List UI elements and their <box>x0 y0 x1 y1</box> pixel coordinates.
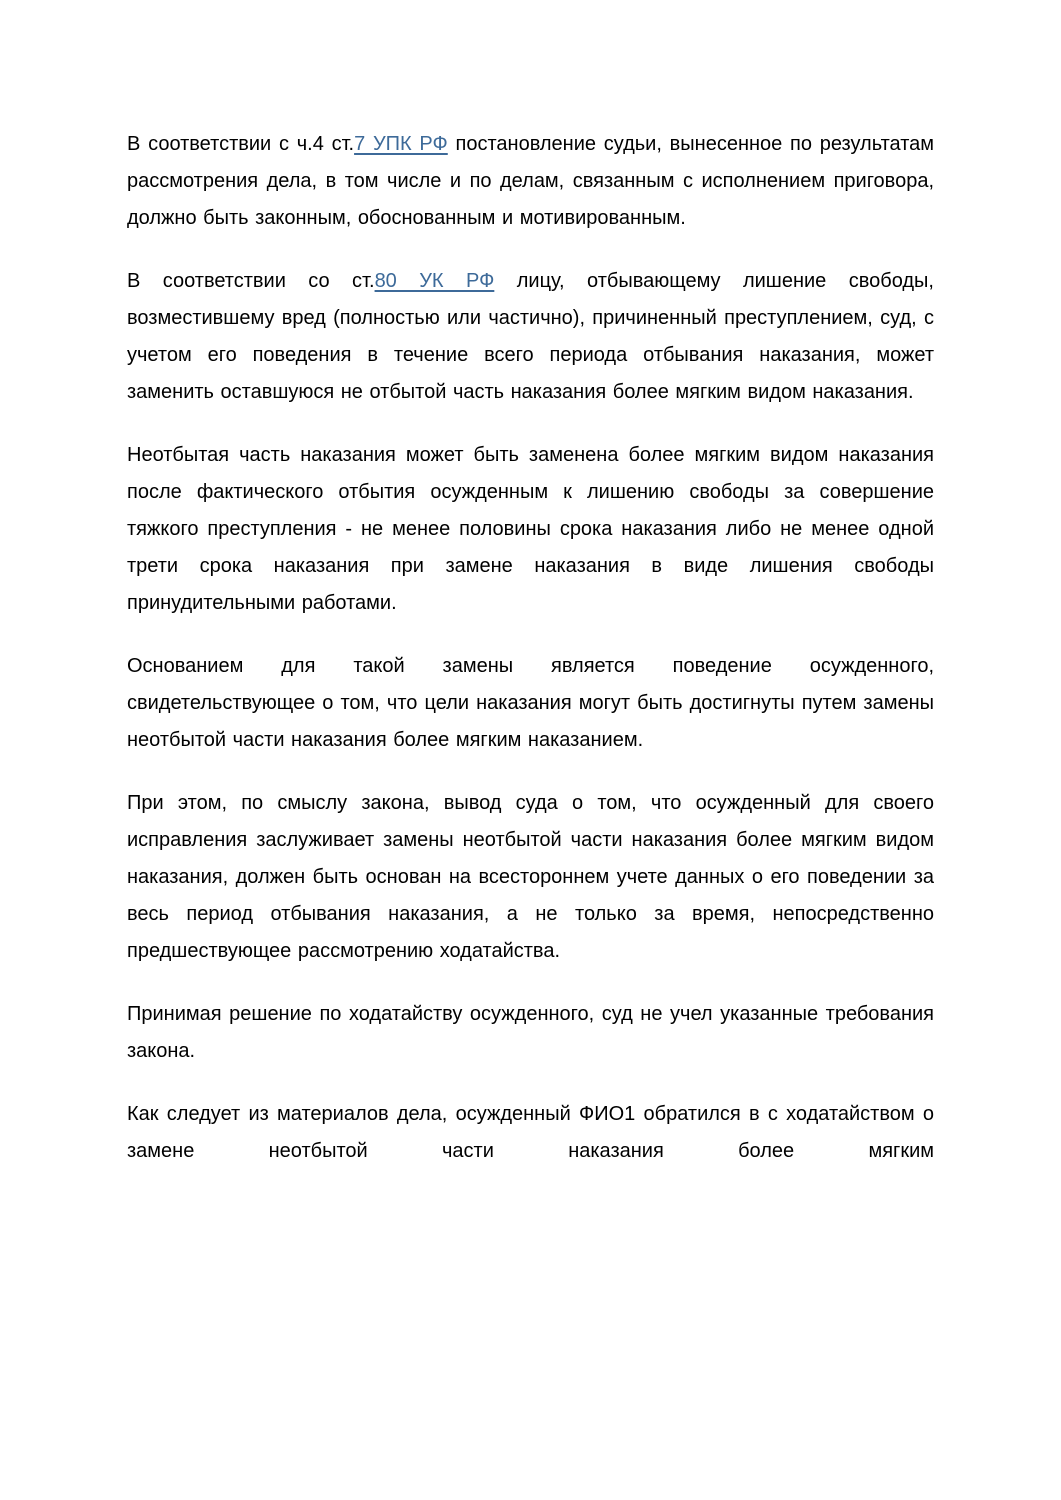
paragraph-text: При этом, по смыслу закона, вывод суда о… <box>127 792 934 962</box>
document-body: В соответствии с ч.4 ст.7 УПК РФ постано… <box>127 126 934 1170</box>
statute-link[interactable]: 80 УК РФ <box>375 270 495 292</box>
paragraph: В соответствии со ст.80 УК РФ лицу, отбы… <box>127 263 934 411</box>
paragraph-text: Основанием для такой замены является пов… <box>127 655 934 751</box>
paragraph: Основанием для такой замены является пов… <box>127 648 934 759</box>
paragraph: Неотбытая часть наказания может быть зам… <box>127 437 934 622</box>
paragraph-text: Принимая решение по ходатайству осужденн… <box>127 1003 934 1062</box>
statute-link[interactable]: 7 УПК РФ <box>354 133 448 155</box>
paragraph: Принимая решение по ходатайству осужденн… <box>127 996 934 1070</box>
paragraph: Как следует из материалов дела, осужденн… <box>127 1096 934 1170</box>
document-page: В соответствии с ч.4 ст.7 УПК РФ постано… <box>0 0 1061 1500</box>
paragraph-text: В соответствии со ст. <box>127 270 375 292</box>
paragraph-text: В соответствии с ч.4 ст. <box>127 133 354 155</box>
paragraph: В соответствии с ч.4 ст.7 УПК РФ постано… <box>127 126 934 237</box>
paragraph: При этом, по смыслу закона, вывод суда о… <box>127 785 934 970</box>
paragraph-text: Неотбытая часть наказания может быть зам… <box>127 444 934 614</box>
paragraph-text: Как следует из материалов дела, осужденн… <box>127 1103 934 1162</box>
